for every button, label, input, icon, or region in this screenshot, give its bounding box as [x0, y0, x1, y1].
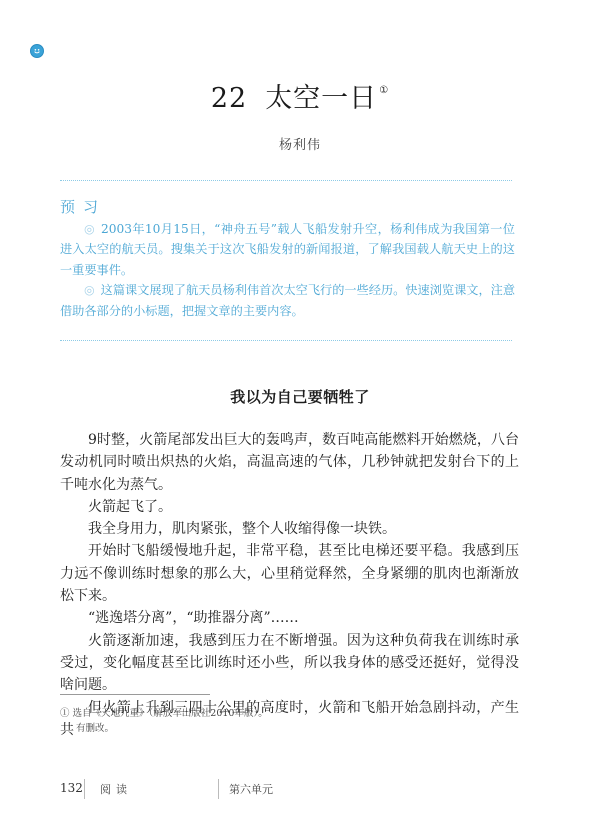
footer-unit-label: 第六单元	[229, 781, 273, 797]
preview-item-text: 这篇课文展现了航天员杨利伟首次太空飞行的一些经历。快速浏览课文，注意借助各部分的…	[60, 283, 515, 318]
bullet-icon: ◎	[84, 222, 95, 236]
paragraph: “逃逸塔分离”，“助推器分离”……	[60, 607, 519, 629]
preview-item-text: 2003年10月15日，“神舟五号”载人飞船发射升空，杨利伟成为我国第一位进入太…	[60, 222, 515, 277]
footnote-source: 选自《天地九重》（解放军出版社2010年版）。	[73, 708, 268, 719]
footnote-mark: ①	[60, 708, 70, 719]
paragraph: 火箭逐渐加速，我感到压力在不断增强。因为这种负荷我在训练时承受过，变化幅度甚至比…	[60, 630, 519, 697]
page-number: 132	[60, 781, 83, 795]
paragraph: 开始时飞船缓慢地升起，非常平稳，甚至比电梯还要平稳。我感到压力远不像训练时想象的…	[60, 540, 519, 607]
author: 杨利伟	[0, 134, 600, 153]
paragraph: 火箭起飞了。	[60, 496, 519, 518]
section-heading: 我以为自己要牺牲了	[0, 386, 600, 407]
preview-top-divider	[60, 180, 512, 181]
smiley-glyph	[32, 46, 42, 56]
preview-bottom-divider	[60, 340, 512, 341]
preview-heading: 预习	[60, 197, 515, 218]
footer-separator	[218, 779, 219, 799]
bullet-icon: ◎	[84, 283, 95, 297]
lesson-title: 22太空一日①	[0, 76, 600, 115]
preview-item: ◎2003年10月15日，“神舟五号”载人飞船发射升空，杨利伟成为我国第一位进入…	[60, 219, 515, 281]
paragraph: 我全身用力，肌肉紧张，整个人收缩得像一块铁。	[60, 518, 519, 540]
page-footer: 132 阅读 第六单元	[60, 779, 360, 799]
footnote-divider	[60, 694, 210, 695]
preview-item: ◎这篇课文展现了航天员杨利伟首次太空飞行的一些经历。快速浏览课文，注意借助各部分…	[60, 280, 515, 321]
title-footnote-mark[interactable]: ①	[379, 85, 389, 96]
smiley-icon	[30, 44, 44, 58]
lesson-title-text: 太空一日	[265, 83, 377, 114]
footnote: ① 选自《天地九重》（解放军出版社2010年版）。 有删改。	[60, 706, 360, 736]
footnote-note: 有删改。	[60, 721, 360, 736]
paragraph: 9时整，火箭尾部发出巨大的轰鸣声，数百吨高能燃料开始燃烧，八台发动机同时喷出炽热…	[60, 429, 519, 496]
footer-section-label: 阅读	[100, 781, 132, 797]
footer-separator	[84, 779, 85, 799]
preview-box: 预习 ◎2003年10月15日，“神舟五号”载人飞船发射升空，杨利伟成为我国第一…	[60, 197, 515, 321]
lesson-number: 22	[211, 83, 247, 114]
